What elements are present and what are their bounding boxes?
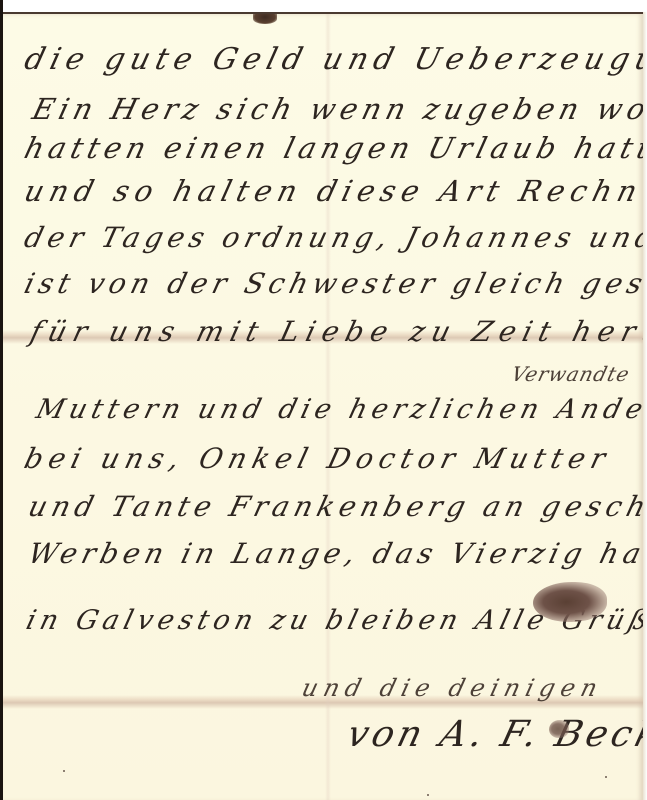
letter-scan: die gute Geld und Ueberzeugung machen Ei… (0, 0, 647, 800)
letter-line-4: und so halten diese Art Rechnung an (21, 174, 643, 208)
scan-border-right (643, 12, 647, 800)
paper-speck (63, 770, 65, 772)
letter-line-7: für uns mit Liebe zu Zeit herumb (27, 315, 643, 348)
letter-line-5: der Tages ordnung, Johannes und Bruder (21, 221, 643, 254)
letter-line-10: und Tante Frankenberg an geschrieben (25, 490, 643, 523)
letter-line-2: Ein Herz sich wenn zugeben wollen Preis (29, 92, 643, 126)
letter-line-1: die gute Geld und Ueberzeugung machen (21, 42, 643, 77)
ink-smudge-signature (549, 720, 569, 738)
letter-line-9: bei uns, Onkel Doctor Mutter (21, 442, 615, 475)
ink-blot (533, 582, 607, 622)
letter-line-6: ist von der Schwester gleich geschrieben (21, 267, 643, 300)
letter-page: die gute Geld und Ueberzeugung machen Ei… (3, 12, 643, 800)
paper-speck (427, 794, 429, 796)
closing-line: und die deinigen (299, 674, 606, 702)
letter-line-3: hatten einen langen Urlaub hatte Mir (21, 131, 643, 165)
letter-line-11: Werben in Lange, das Vierzig habe (25, 537, 643, 570)
letter-line-8: Muttern und die herzlichen Andenken (33, 394, 643, 425)
signature: von A. F. Beck (343, 714, 643, 755)
letter-line-8-margin-word: Verwandte (509, 362, 633, 386)
ink-blot-top (253, 14, 277, 24)
paper-speck (605, 776, 607, 778)
